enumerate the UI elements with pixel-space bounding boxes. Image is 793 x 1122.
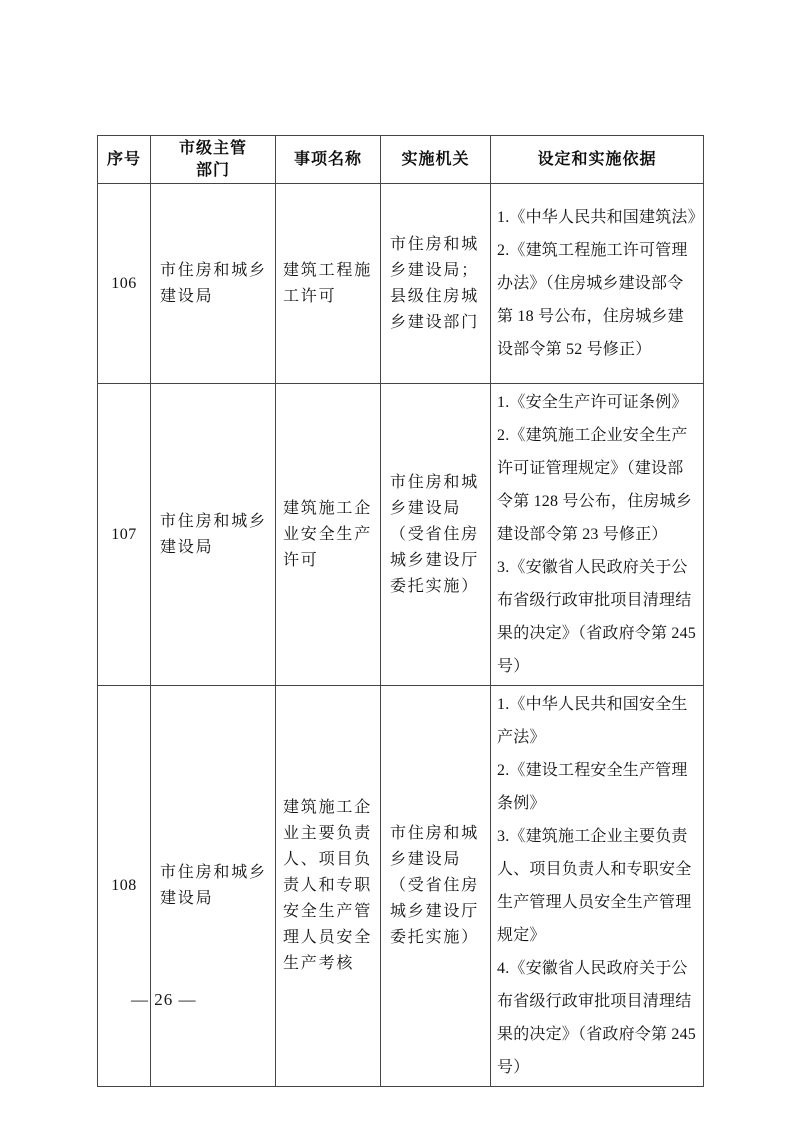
table-row: 106 市住房和城乡建设局 建筑工程施工许可 市住房和城乡建设局；县级住房城乡建… bbox=[98, 184, 704, 384]
header-row: 序号 市级主管 部门 事项名称 实施机关 设定和实施依据 bbox=[98, 136, 704, 184]
table-row: 108 市住房和城乡建设局 建筑施工企业主要负责人、项目负责人和专职安全生产管理… bbox=[98, 686, 704, 1087]
cell-item-name: 建筑工程施工许可 bbox=[276, 184, 381, 384]
approval-items-table: 序号 市级主管 部门 事项名称 实施机关 设定和实施依据 106 市住房和城乡建… bbox=[97, 135, 704, 1087]
basis-entry: 3.《安徽省人民政府关于公布省级行政审批项目清理结果的决定》（省政府令第 245… bbox=[497, 551, 698, 683]
page-number: — 26 — bbox=[131, 990, 197, 1010]
header-cell-agency: 实施机关 bbox=[381, 136, 491, 184]
cell-agency: 市住房和城乡建设局（受省住房城乡建设厅委托实施） bbox=[381, 384, 491, 686]
table-row: 107 市住房和城乡建设局 建筑施工企业安全生产许可 市住房和城乡建设局（受省住… bbox=[98, 384, 704, 686]
cell-department: 市住房和城乡建设局 bbox=[151, 184, 276, 384]
basis-entry: 2.《建筑工程施工许可管理办法》（住房城乡建设部令第 18 号公布，住房城乡建设… bbox=[497, 234, 698, 366]
cell-basis: 1.《安全生产许可证条例》 2.《建筑施工企业安全生产许可证管理规定》（建设部令… bbox=[491, 384, 704, 686]
header-cell-item-name: 事项名称 bbox=[276, 136, 381, 184]
basis-entry: 3.《建筑施工企业主要负责人、项目负责人和专职安全生产管理人员安全生产管理规定》 bbox=[497, 820, 698, 952]
basis-entry: 2.《建筑施工企业安全生产许可证管理规定》（建设部令第 128 号公布，住房城乡… bbox=[497, 419, 698, 551]
cell-agency: 市住房和城乡建设局；县级住房城乡建设部门 bbox=[381, 184, 491, 384]
basis-entry: 1.《安全生产许可证条例》 bbox=[497, 386, 698, 419]
cell-serial-number: 107 bbox=[98, 384, 151, 686]
cell-item-name: 建筑施工企业安全生产许可 bbox=[276, 384, 381, 686]
cell-item-name: 建筑施工企业主要负责人、项目负责人和专职安全生产管理人员安全生产考核 bbox=[276, 686, 381, 1087]
basis-entry: 2.《建设工程安全生产管理条例》 bbox=[497, 754, 698, 820]
header-cell-department: 市级主管 部门 bbox=[151, 136, 276, 184]
header-cell-basis: 设定和实施依据 bbox=[491, 136, 704, 184]
cell-serial-number: 106 bbox=[98, 184, 151, 384]
basis-entry: 1.《中华人民共和国建筑法》 bbox=[497, 201, 698, 234]
cell-basis: 1.《中华人民共和国建筑法》 2.《建筑工程施工许可管理办法》（住房城乡建设部令… bbox=[491, 184, 704, 384]
cell-basis: 1.《中华人民共和国安全生产法》 2.《建设工程安全生产管理条例》 3.《建筑施… bbox=[491, 686, 704, 1087]
document-page: 序号 市级主管 部门 事项名称 实施机关 设定和实施依据 106 市住房和城乡建… bbox=[0, 0, 793, 1122]
cell-department: 市住房和城乡建设局 bbox=[151, 686, 276, 1087]
header-cell-serial: 序号 bbox=[98, 136, 151, 184]
cell-department: 市住房和城乡建设局 bbox=[151, 384, 276, 686]
cell-agency: 市住房和城乡建设局（受省住房城乡建设厅委托实施） bbox=[381, 686, 491, 1087]
basis-entry: 4.《安徽省人民政府关于公布省级行政审批项目清理结果的决定》（省政府令第 245… bbox=[497, 952, 698, 1084]
cell-serial-number: 108 bbox=[98, 686, 151, 1087]
basis-entry: 1.《中华人民共和国安全生产法》 bbox=[497, 688, 698, 754]
